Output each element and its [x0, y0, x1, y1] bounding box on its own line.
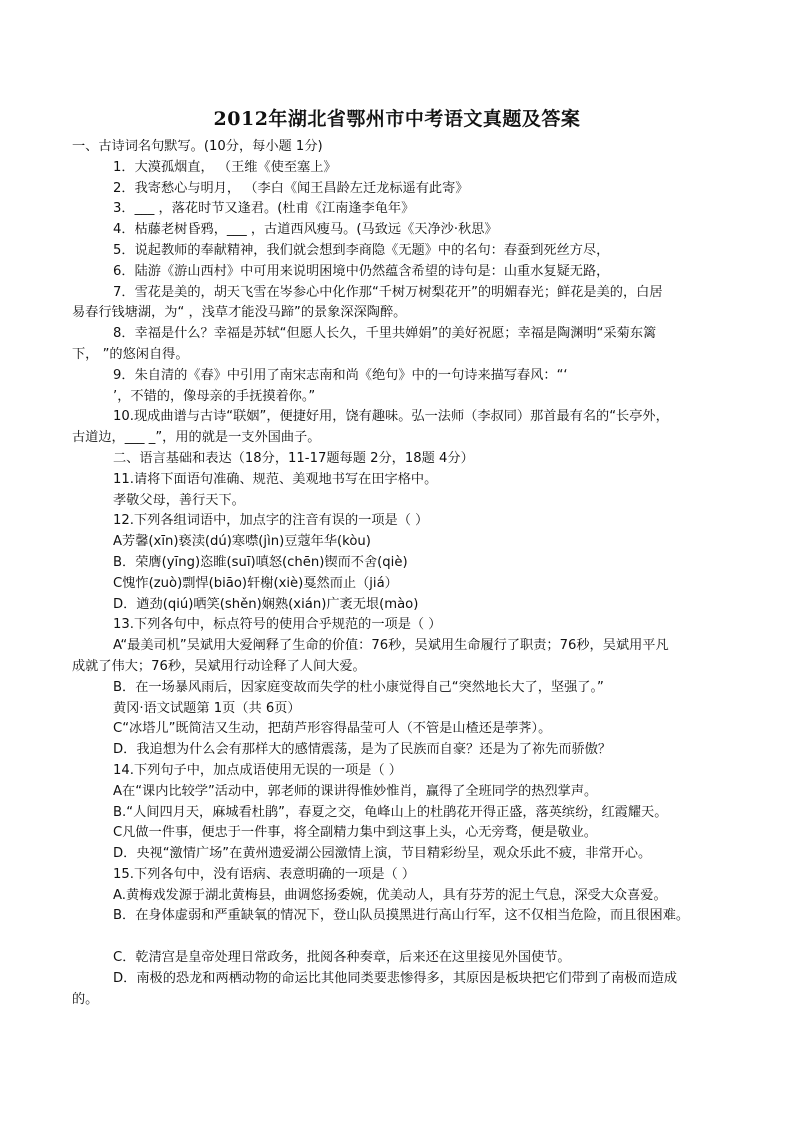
- q12-option-d: D．遒劲(qiú)哂笑(shěn)娴熟(xián)广袤无垠(mào): [72, 595, 712, 616]
- q13-option-b: B．在一场暴风雨后，因家庭变故而失学的杜小康觉得自己“突然地长大了，坚强了。”: [72, 678, 712, 699]
- q15-option-b: B．在身体虚弱和严重缺氧的情况下，登山队员摸黑进行高山行军，这不仅相当危险，而且…: [72, 906, 712, 927]
- q14-option-a: A在“课内比较学”活动中，郭老师的课讲得惟妙惟肖，赢得了全班同学的热烈掌声。: [72, 782, 712, 803]
- document-body: 一、古诗词名句默写。(10分，每小题 1分) 1．大漠孤烟直， （王维《使至塞上…: [72, 137, 712, 1010]
- q8-line2: 下， ”的悠闲自得。: [72, 345, 712, 366]
- q1-line: 1．大漠孤烟直， （王维《使至塞上》: [72, 158, 712, 179]
- q13-option-a-line2: 成就了伟大；76秒，吴斌用行动诠释了人间大爱。: [72, 657, 712, 678]
- q15-option-a: A.黄梅戏发源于湖北黄梅县，曲调悠扬委婉，优美动人，具有芬芳的泥土气息，深受大众…: [72, 886, 712, 907]
- q10-line1: 10.现成曲谱与古诗“联姻”，便捷好用，饶有趣味。弘一法师（李叔同）那首最有名的…: [72, 407, 712, 428]
- document-title: 2012年湖北省鄂州市中考语文真题及答案: [0, 104, 794, 131]
- q13-option-c: C“冰塔儿”既简洁又生动，把葫芦形容得晶莹可人（不管是山楂还是荸荠）。: [72, 719, 712, 740]
- q9-line1: 9．朱自清的《春》中引用了南宋志南和尚《绝句》中的一句诗来描写春风：“‘: [72, 366, 712, 387]
- q7-line1: 7．雪花是美的，胡天飞雪在岑参心中化作那“千树万树梨花开”的明媚春光；鲜花是美的…: [72, 283, 712, 304]
- q11-text: 孝敬父母，善行天下。: [72, 491, 712, 512]
- q8-line1: 8．幸福是什么？幸福是苏轼“但愿人长久，千里共婵娟”的美好祝愿；幸福是陶渊明“采…: [72, 324, 712, 345]
- section1-heading: 一、古诗词名句默写。(10分，每小题 1分): [72, 137, 712, 158]
- q13-option-d: D．我追想为什么会有那样大的感情震荡，是为了民族而自豪？还是为了祢先而骄傲？: [72, 740, 712, 761]
- q12-line: 12.下列各组词语中，加点字的注音有误的一项是（ ）: [72, 511, 712, 532]
- q13-line: 13.下列各句中，标点符号的使用合乎规范的一项是（ ）: [72, 615, 712, 636]
- q9-line2: ’，不错的，像母亲的手抚摸着你。”: [72, 387, 712, 408]
- q11-line: 11.请将下面语句准确、规范、美观地书写在田字格中。: [72, 470, 712, 491]
- q7-line2: 易春行钱塘湖，为“ ，浅草才能没马蹄”的景象深深陶醉。: [72, 303, 712, 324]
- q14-option-c: C凡做一件事，便忠于一件事，将全副精力集中到这事上头，心无旁骛，便是敬业。: [72, 823, 712, 844]
- q10-line2: 古道边，___ _”，用的就是一支外国曲子。: [72, 428, 712, 449]
- page-footer-text: 黄冈·语文试题第 1页（共 6页）: [72, 699, 712, 720]
- q15-line: 15.下列各句中，没有语病、表意明确的一项是（ ）: [72, 865, 712, 886]
- q12-option-b: B．荣膺(yīng)恣睢(suī)嗔怒(chēn)锲而不舍(qiè): [72, 553, 712, 574]
- q2-line: 2．我寄愁心与明月， （李白《闻王昌龄左迁龙标遥有此寄》: [72, 179, 712, 200]
- q15-option-d-line2: 的。: [72, 990, 712, 1011]
- document-page: 2012年湖北省鄂州市中考语文真题及答案 一、古诗词名句默写。(10分，每小题 …: [0, 0, 794, 1123]
- q15-option-c: C．乾清宫是皇帝处理日常政务，批阅各种奏章，后来还在这里接见外国使节。: [72, 948, 712, 969]
- q14-option-d: D．央视“激情广场”在黄州遗爱湖公园激情上演，节目精彩纷呈，观众乐此不疲，非常开…: [72, 844, 712, 865]
- q13-option-a-line1: A“最美司机”吴斌用大爱阐释了生命的价值：76秒，吴斌用生命履行了职责；76秒，…: [72, 636, 712, 657]
- q14-line: 14.下列句子中，加点成语使用无误的一项是（ ）: [72, 761, 712, 782]
- q14-option-b: B.“人间四月天，麻城看杜鹃”，春夏之交，龟峰山上的杜鹃花开得正盛，落英缤纷，红…: [72, 803, 712, 824]
- q12-option-c: C愧怍(zuò)剽悍(biāo)轩榭(xiè)戛然而止（jiá）: [72, 574, 712, 595]
- q12-option-a: A芳馨(xīn)亵渎(dú)寒噤(jìn)豆蔻年华(kòu): [72, 532, 712, 553]
- section2-heading: 二、语言基础和表达（18分，11-17题每题 2分，18题 4分）: [72, 449, 712, 470]
- q3-line: 3．___ ，落花时节又逢君。(杜甫《江南逢李龟年》: [72, 199, 712, 220]
- blank-line: [72, 927, 712, 948]
- q4-line: 4．枯藤老树昏鸦，___ ，古道西风瘦马。(马致远《天净沙·秋思》: [72, 220, 712, 241]
- q5-line: 5．说起教师的奉献精神，我们就会想到李商隐《无题》中的名句：春蚕到死丝方尽，: [72, 241, 712, 262]
- q15-option-d-line1: D．南极的恐龙和两栖动物的命运比其他同类要悲惨得多，其原因是板块把它们带到了南极…: [72, 969, 712, 990]
- q6-line: 6．陆游《游山西村》中可用来说明困境中仍然蕴含希望的诗句是：山重水复疑无路，: [72, 262, 712, 283]
